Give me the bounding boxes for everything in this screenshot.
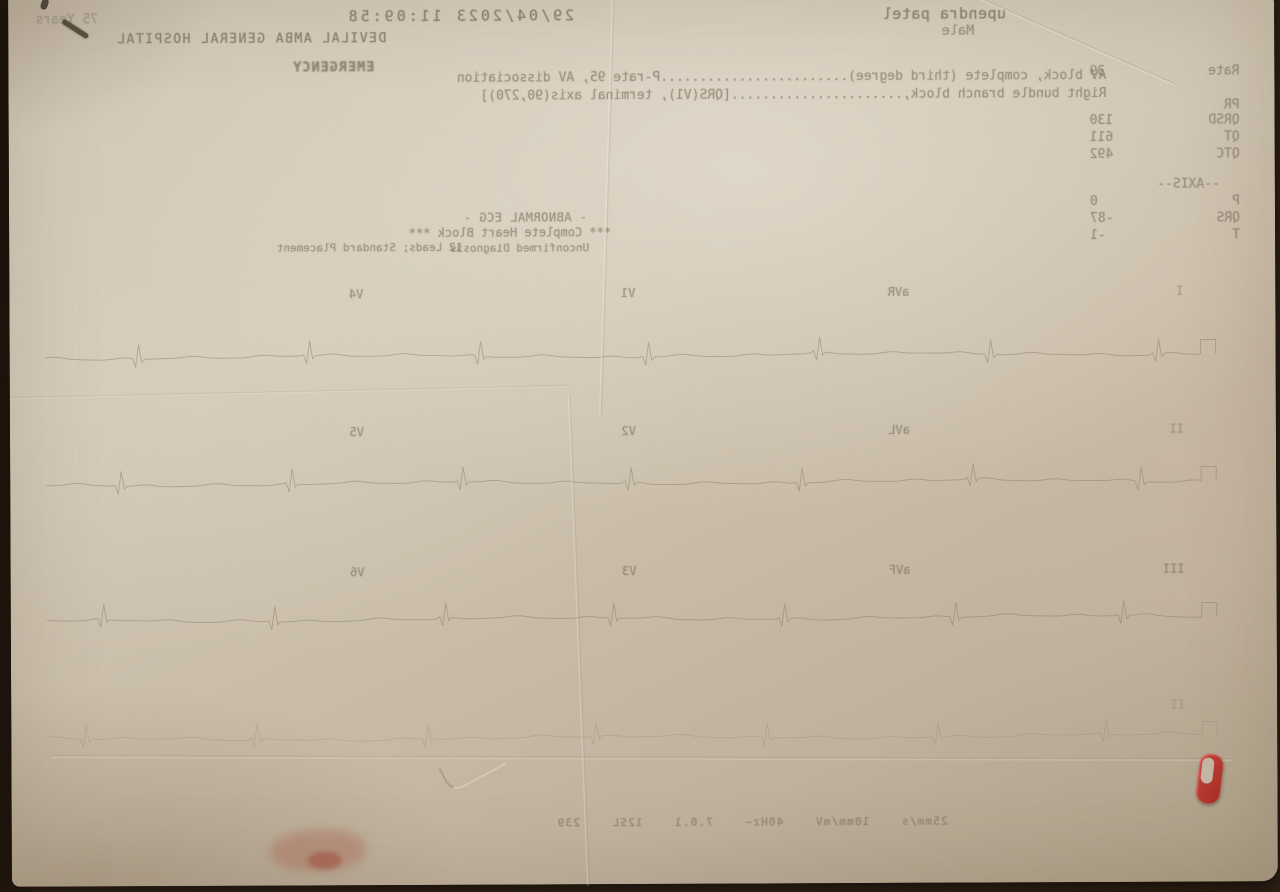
ecg-trace-row-2 xyxy=(46,462,1216,494)
ecg-trace-row-4 xyxy=(47,718,1217,749)
ecg-trace-row-3 xyxy=(47,599,1217,631)
paper-sheet: upendra patel Male 29/04/2023 11:09:58 7… xyxy=(8,0,1278,887)
stain-blot-dark xyxy=(308,851,342,869)
photo-backdrop: upendra patel Male 29/04/2023 11:09:58 7… xyxy=(0,0,1280,892)
print-bleed-layer: upendra patel Male 29/04/2023 11:09:58 7… xyxy=(8,0,1278,887)
footer-settings: 25mm/s 10mm/mV 40Hz~ 7.0.1 12SL 239 xyxy=(557,815,948,830)
ecg-traces xyxy=(0,0,1278,889)
ecg-trace-row-1 xyxy=(46,335,1216,368)
